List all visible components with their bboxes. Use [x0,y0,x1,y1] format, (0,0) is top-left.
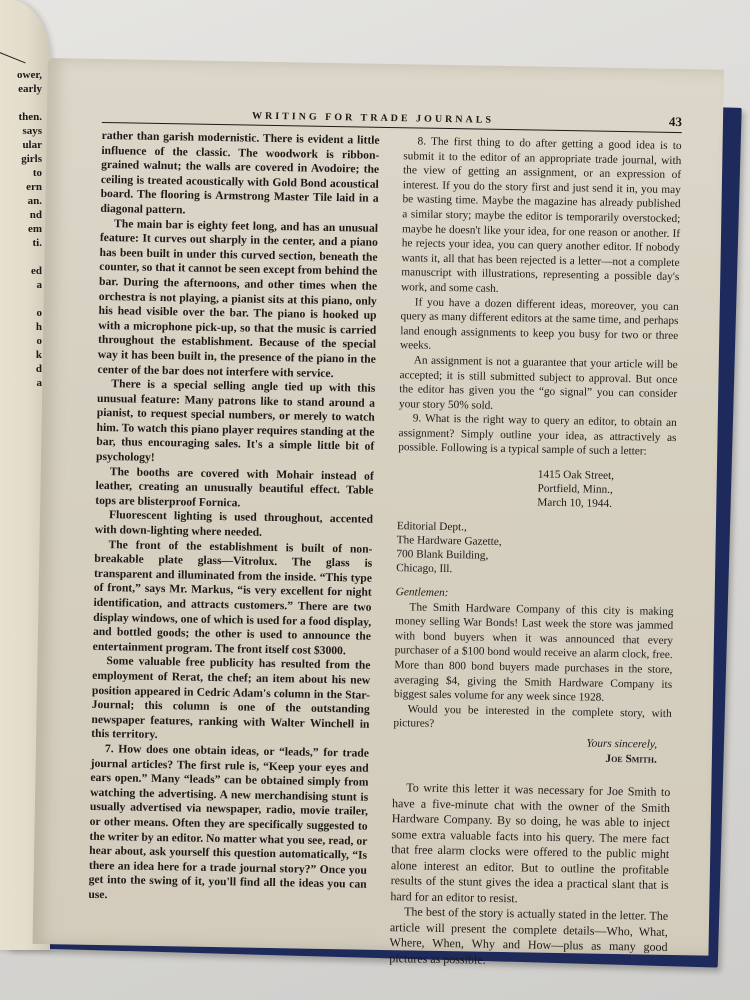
previous-page-fragment: says [22,124,42,138]
previous-page-fragment: to [33,166,42,180]
letter-recipient-address: Editorial Dept., The Hardware Gazette, 7… [396,519,675,580]
address-line: March 10, 1944. [537,496,675,512]
paragraph: Fluorescent lighting is used throughout,… [95,508,373,542]
previous-page-fragment: k [36,348,42,362]
previous-page-fragment: h [36,320,42,334]
paragraph: The main bar is eighty feet long, and ha… [97,216,378,381]
previous-page-fragment: nd [30,208,42,222]
previous-page-header-rule [0,40,26,63]
previous-page-fragment: em [28,222,42,236]
paragraph: Some valuable free publicity has resulte… [91,654,370,746]
previous-page-fragment: o [37,334,43,348]
paragraph-item-9: 9. What is the right way to query an edi… [398,411,677,460]
paragraph: If you have a dozen different ideas, mor… [400,295,679,358]
paragraph: An assignment is not a guarantee that yo… [399,353,678,416]
previous-page-fragment: ed [31,264,42,278]
letter-sender-address: 1415 Oak Street, Portfield, Minn., March… [537,468,676,512]
previous-page-fragment: a [37,376,43,390]
paragraph: The booths are covered with Mohair inste… [95,465,374,514]
previous-page-fragment: then. [18,110,42,124]
paragraph: The best of the story is actually stated… [389,904,668,971]
running-head: WRITING FOR TRADE JOURNALS 43 [102,104,682,133]
previous-page-fragment: o [37,306,43,320]
previous-page-fragment: d [36,362,42,376]
running-head-title: WRITING FOR TRADE JOURNALS [252,111,494,126]
right-column: 8. The first thing to do after getting a… [389,134,681,971]
paragraph: To write this letter it was necessary fo… [390,780,670,909]
paragraph-item-8: 8. The first thing to do after getting a… [401,134,682,299]
previous-page-fragment: early [18,82,42,96]
paragraph: The front of the establishment is built … [93,538,373,660]
book-page: WRITING FOR TRADE JOURNALS 43 rather tha… [33,58,724,956]
previous-page-fragment: girls [21,152,42,166]
previous-page-fragment: ular [22,138,42,152]
previous-page-fragment: ern [26,180,42,194]
letter-body-paragraph: The Smith Hardware Company of this city … [394,600,674,707]
page-number: 43 [669,114,682,130]
previous-page-fragment: ower, [17,68,42,82]
previous-page-fragment: an. [28,194,42,208]
paragraph: There is a special selling angle tied up… [96,377,375,469]
previous-page-fragment: a [37,278,43,292]
paragraph: rather than garish modernistic. There is… [100,129,379,221]
left-column: rather than garish modernistic. There is… [88,129,379,907]
page-content: WRITING FOR TRADE JOURNALS 43 rather tha… [102,104,682,139]
paragraph-item-7: 7. How does one obtain ideas, or “leads,… [88,742,369,907]
post-letter-text: To write this letter it was necessary fo… [389,780,670,971]
letter-body-paragraph: Would you be interested in the complete … [393,702,671,736]
previous-page-fragment: ti. [33,236,42,250]
